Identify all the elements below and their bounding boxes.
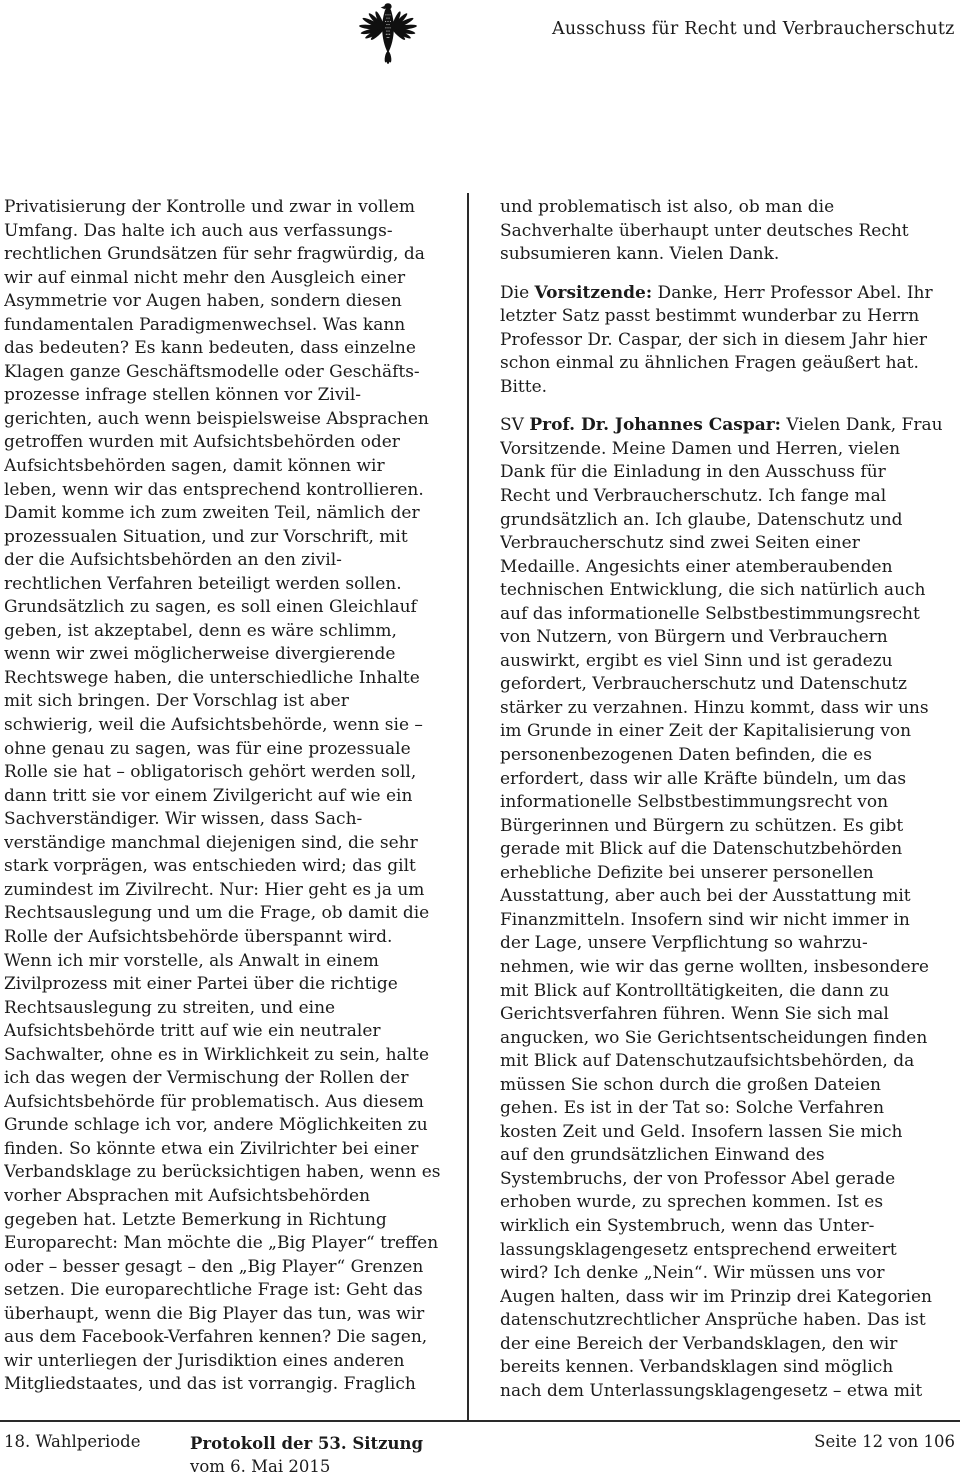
document-page: { "header": { "logo": "bundestag-eagle-i… [0, 0, 960, 1472]
column-divider [467, 193, 469, 1420]
text-column-right: und problematisch ist also, ob man die S… [500, 196, 957, 1403]
protocol-title: Protokoll der 53. Sitzung [190, 1432, 423, 1455]
protocol-date: vom 6. Mai 2015 [190, 1455, 423, 1472]
paragraph: SV Prof. Dr. Johannes Caspar: Vielen Dan… [500, 414, 957, 1403]
paragraph: Privatisierung der Kontrolle und zwar in… [4, 196, 466, 1397]
page-header: Ausschuss für Recht und Verbraucherschut… [0, 0, 960, 70]
bundestag-eagle-icon [355, 2, 421, 64]
wahlperiode-label: 18. Wahlperiode [4, 1432, 141, 1451]
text-column-left: Privatisierung der Kontrolle und zwar in… [4, 196, 466, 1397]
committee-name: Ausschuss für Recht und Verbraucherschut… [552, 19, 955, 39]
protocol-info: Protokoll der 53. Sitzung vom 6. Mai 201… [190, 1432, 423, 1472]
paragraph: und problematisch ist also, ob man die S… [500, 196, 957, 267]
paragraph: Die Vorsitzende: Danke, Herr Professor A… [500, 282, 957, 400]
page-number: Seite 12 von 106 [814, 1432, 955, 1451]
footer-rule [0, 1420, 960, 1422]
